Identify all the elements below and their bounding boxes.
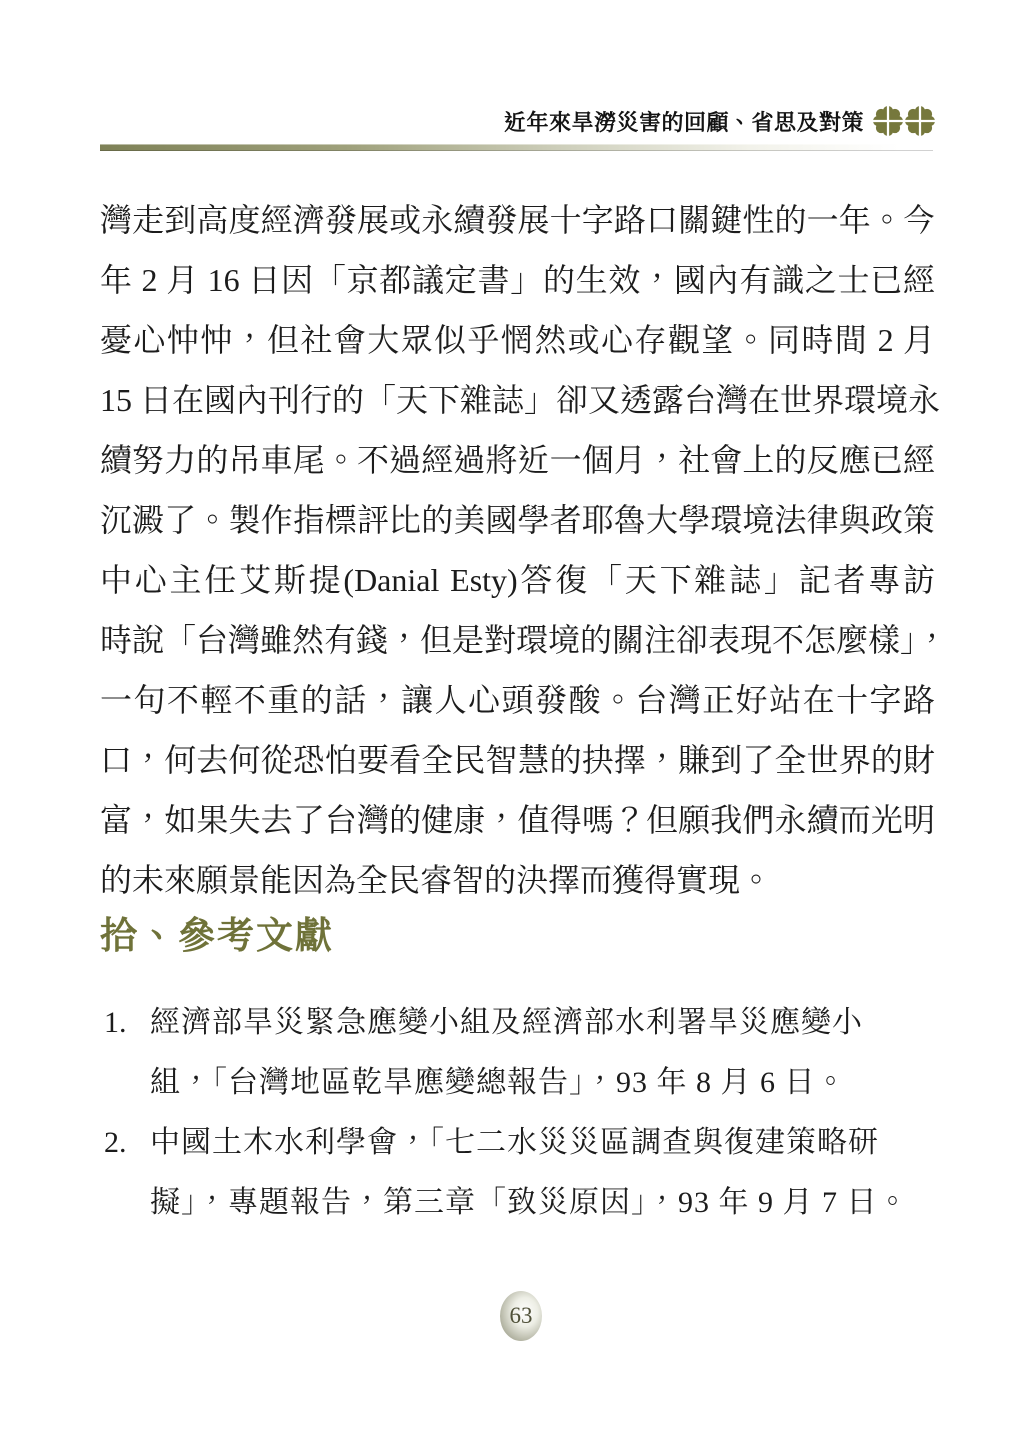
paragraph-line: 口，何去何從恐怕要看全民智慧的抉擇，賺到了全世界的財 [100, 730, 935, 790]
reference-number: 1. [104, 993, 127, 1053]
quatrefoil-icon [905, 105, 935, 137]
reference-list: 1. 經濟部旱災緊急應變小組及經濟部水利署旱災應變小 組，「台灣地區乾旱應變總報… [100, 993, 912, 1233]
document-page: 近年來旱澇災害的回顧、省思及對策 [0, 0, 1024, 1450]
paragraph-line: 續努力的吊車尾。不過經過將近一個月，社會上的反應已經 [100, 430, 935, 490]
section-heading-references: 拾、參考文獻 [100, 912, 334, 960]
quatrefoil-icon [873, 105, 903, 137]
reference-line: 中國土木水利學會，「七二水災災區調查與復建策略研 [150, 1113, 912, 1173]
paragraph-line: 年 2 月 16 日因「京都議定書」的生效，國內有識之士已經 [100, 250, 935, 310]
running-header-title: 近年來旱澇災害的回顧、省思及對策 [504, 106, 864, 137]
paragraph-line: 中心主任艾斯提(Danial Esty)答復「天下雜誌」記者專訪 [100, 550, 935, 610]
page-number: 63 [510, 1303, 533, 1329]
paragraph-line: 15 日在國內刊行的「天下雜誌」卻又透露台灣在世界環境永 [100, 370, 935, 430]
paragraph-line: 的未來願景能因為全民睿智的決擇而獲得實現。 [100, 850, 935, 910]
header-icon-group [873, 105, 935, 137]
header-rule [100, 144, 933, 151]
paragraph-line: 憂心忡忡，但社會大眾似乎惘然或心存觀望。同時間 2 月 [100, 310, 935, 370]
paragraph-line: 富，如果失去了台灣的健康，值得嗎？但願我們永續而光明 [100, 790, 935, 850]
body-paragraph: 灣走到高度經濟發展或永續發展十字路口關鍵性的一年。今 年 2 月 16 日因「京… [100, 190, 935, 910]
running-header: 近年來旱澇災害的回顧、省思及對策 [100, 98, 935, 144]
page-number-badge: 63 [500, 1291, 542, 1341]
reference-number: 2. [104, 1113, 127, 1173]
paragraph-line: 時說「台灣雖然有錢，但是對環境的關注卻表現不怎麼樣」， [100, 610, 935, 670]
reference-line: 組，「台灣地區乾旱應變總報告」，93 年 8 月 6 日。 [150, 1053, 912, 1113]
reference-item: 2. 中國土木水利學會，「七二水災災區調查與復建策略研 擬」，專題報告，第三章「… [100, 1113, 912, 1233]
reference-line: 經濟部旱災緊急應變小組及經濟部水利署旱災應變小 [150, 993, 912, 1053]
reference-item: 1. 經濟部旱災緊急應變小組及經濟部水利署旱災應變小 組，「台灣地區乾旱應變總報… [100, 993, 912, 1113]
paragraph-line: 沉澱了。製作指標評比的美國學者耶魯大學環境法律與政策 [100, 490, 935, 550]
reference-line: 擬」，專題報告，第三章「致災原因」，93 年 9 月 7 日。 [150, 1173, 912, 1233]
paragraph-line: 灣走到高度經濟發展或永續發展十字路口關鍵性的一年。今 [100, 190, 935, 250]
paragraph-line: 一句不輕不重的話，讓人心頭發酸。台灣正好站在十字路 [100, 670, 935, 730]
